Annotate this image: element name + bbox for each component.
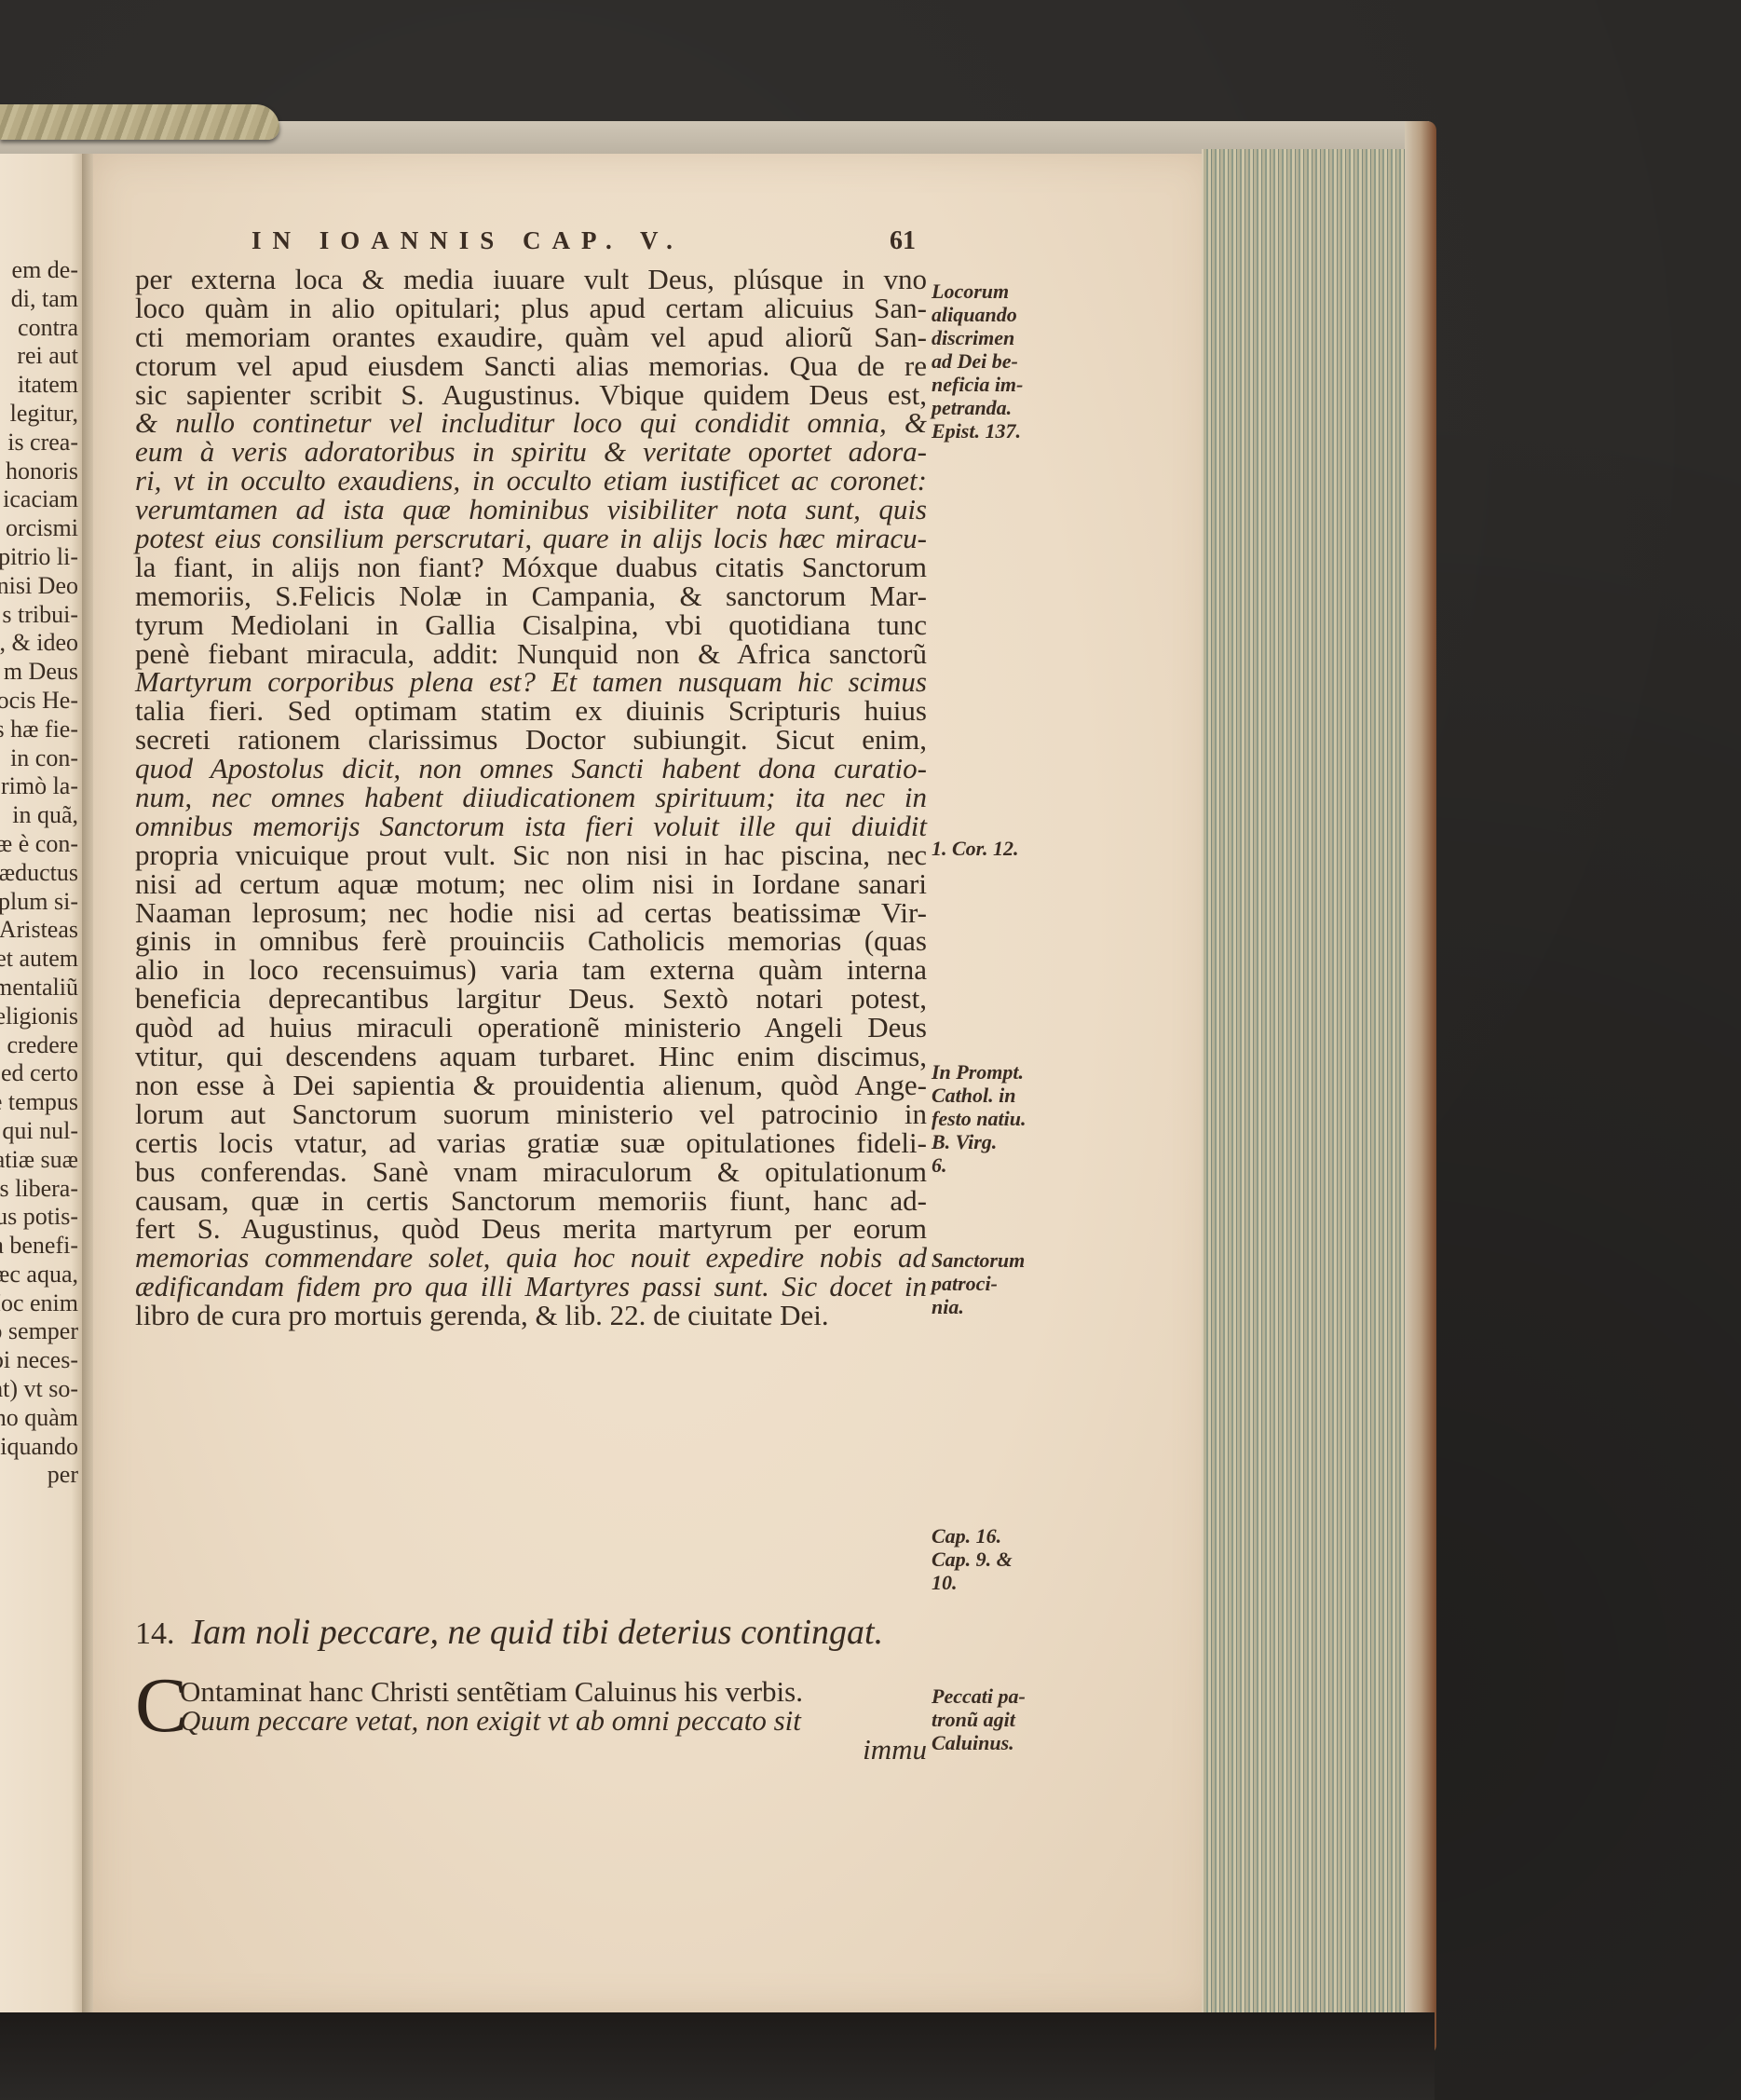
text-line: libro de cura pro mortuis gerenda, & lib…	[135, 1302, 927, 1330]
text-line: Quum peccare vetat, non exigit vt ab omn…	[135, 1706, 927, 1735]
text-line: Naaman leprosum; nec hodie nisi ad certa…	[135, 899, 927, 928]
running-head: IN IOANNIS CAP. V.	[252, 226, 684, 255]
left-page-line: ocis He-	[0, 687, 78, 716]
text-line: ctorum vel apud eiusdem Sancti alias mem…	[135, 352, 927, 381]
margin-note-line: In Prompt.	[932, 1060, 1118, 1084]
margin-note-line: 6.	[932, 1153, 1118, 1177]
left-page-line: contra	[0, 314, 78, 343]
text-line: ædificandam fidem pro qua illi Martyres …	[135, 1273, 927, 1302]
margin-note-line: nia.	[932, 1295, 1118, 1318]
text-line: secreti rationem clarissimus Doctor subi…	[135, 726, 927, 755]
left-page-line: in con-	[0, 744, 78, 773]
text-line: tyrum Mediolani in Gallia Cisalpina, vbi…	[135, 611, 927, 640]
text-line: nisi ad certum aquæ motum; nec olim nisi…	[135, 870, 927, 899]
left-page-text: em de-di, tamcontrarei autitatemlegitur,…	[0, 256, 78, 1490]
left-page-line: e tempus	[0, 1088, 78, 1117]
verse-text: Iam noli peccare, ne quid tibi deterius …	[192, 1613, 884, 1652]
text-line: la fiant, in alijs non fiant? Móxque dua…	[135, 553, 927, 582]
left-page-line: ctus potis-	[0, 1203, 78, 1232]
text-line: causam, quæ in certis Sanctorum memoriis…	[135, 1187, 927, 1216]
text-line: memorias commendare solet, quia hoc noui…	[135, 1244, 927, 1273]
left-page-line: et autem	[0, 945, 78, 974]
margin-note: Locorumaliquandodiscrimenad Dei be-nefic…	[932, 280, 1118, 443]
left-page-line: pitrio li-	[0, 543, 78, 572]
left-page-line: di, tam	[0, 285, 78, 314]
left-page-line: Aristeas	[0, 916, 78, 945]
margin-note-line: neficia im-	[932, 373, 1118, 396]
left-page-line: honoris	[0, 457, 78, 486]
margin-note-line: tronũ agit	[932, 1708, 1118, 1731]
margin-note: In Prompt.Cathol. infesto natiu.B. Virg.…	[932, 1060, 1118, 1177]
margin-note-line: 1. Cor. 12.	[932, 837, 1118, 860]
left-page-line: nisi Deo	[0, 572, 78, 601]
text-line: alio in loco recensuimus) varia tam exte…	[135, 956, 927, 985]
text-line: quòd ad huius miraculi operationẽ minist…	[135, 1014, 927, 1043]
margin-note-line: Epist. 137.	[932, 419, 1118, 443]
left-page-line: æductus	[0, 859, 78, 888]
text-line: certis locis vtatur, ad varias gratiæ su…	[135, 1129, 927, 1158]
left-page-line: æ è con-	[0, 830, 78, 859]
left-page-line: s hæ fie-	[0, 716, 78, 744]
margin-note: Cap. 16.Cap. 9. &10.	[932, 1524, 1118, 1594]
margin-note: Sanctorumpatroci-nia.	[932, 1248, 1118, 1318]
left-page-line: qui nul-	[0, 1117, 78, 1146]
left-page-line: nt) vt so-	[0, 1375, 78, 1404]
left-page-line: eligionis	[0, 1002, 78, 1031]
margin-note: Peccati pa-tronũ agitCaluinus.	[932, 1684, 1118, 1754]
left-page-line: o semper	[0, 1317, 78, 1346]
text-line: memoriis, S.Felicis Nolæ in Campania, & …	[135, 582, 927, 611]
text-line: non esse à Dei sapientia & prouidentia a…	[135, 1071, 927, 1100]
left-page-line: æc aqua,	[0, 1261, 78, 1289]
left-page-line: bi neces-	[0, 1346, 78, 1375]
margin-note: 1. Cor. 12.	[932, 837, 1118, 860]
text-line: potest eius consilium perscrutari, quare…	[135, 525, 927, 553]
margin-note-line: petranda.	[932, 396, 1118, 419]
left-page-line: per	[0, 1461, 78, 1490]
left-page-line: a benefi-	[0, 1232, 78, 1261]
verse-heading: 14.Iam noli peccare, ne quid tibi deteri…	[135, 1612, 927, 1653]
catchword: immu	[135, 1735, 927, 1764]
text-line: ri, vt in occulto exaudiens, in occulto …	[135, 467, 927, 496]
margin-note-line: ad Dei be-	[932, 349, 1118, 373]
text-line: eum à veris adoratoribus in spiritu & ve…	[135, 438, 927, 467]
left-page-line: rimò la-	[0, 772, 78, 801]
text-line: lorum aut Sanctorum suorum ministerio ve…	[135, 1100, 927, 1129]
margin-note-line: 10.	[932, 1571, 1118, 1594]
left-page-line: sed certo	[0, 1059, 78, 1088]
left-page-line: credere	[0, 1031, 78, 1060]
left-page-line: atiæ suæ	[0, 1146, 78, 1175]
text-line: talia fieri. Sed optimam statim ex diuin…	[135, 697, 927, 726]
text-line: per externa loca & media iuuare vult Deu…	[135, 266, 927, 294]
left-page-line: is crea-	[0, 429, 78, 457]
left-page-line: mentaliũ	[0, 974, 78, 1002]
text-line: sic sapienter scribit S. Augustinus. Vbi…	[135, 381, 927, 410]
text-line: penè fiebant miracula, addit: Nunquid no…	[135, 640, 927, 669]
drop-cap: C	[135, 1673, 187, 1739]
left-page-line: legitur,	[0, 400, 78, 429]
margin-note-line: B. Virg.	[932, 1130, 1118, 1153]
left-page-line: m Deus	[0, 658, 78, 687]
left-page-line: s tribui-	[0, 601, 78, 630]
left-page-line: itatem	[0, 371, 78, 400]
main-text-block: per externa loca & media iuuare vult Deu…	[135, 266, 927, 1330]
left-page: em de-di, tamcontrarei autitatemlegitur,…	[0, 154, 84, 2017]
margin-note-line: Peccati pa-	[932, 1684, 1118, 1708]
text-line: num, nec omnes habent diiudicationem spi…	[135, 784, 927, 812]
margin-note-line: Sanctorum	[932, 1248, 1118, 1272]
text-line: loco quàm in alio opitulari; plus apud c…	[135, 294, 927, 323]
text-line: fert S. Augustinus, quòd Deus merita mar…	[135, 1215, 927, 1244]
margin-note-line: discrimen	[932, 326, 1118, 349]
page-fore-edge	[1202, 149, 1408, 2012]
paragraph-commentary: C Ontaminat hanc Christi sentẽtiam Calui…	[135, 1677, 927, 1764]
margin-note-line: patroci-	[932, 1272, 1118, 1295]
text-line: & nullo continetur vel includitur loco q…	[135, 409, 927, 438]
text-line: vtitur, qui descendens aquam turbaret. H…	[135, 1043, 927, 1071]
left-page-line: liquando	[0, 1433, 78, 1462]
left-page-line: t, & ideo	[0, 629, 78, 658]
left-page-line: icaciam	[0, 485, 78, 514]
text-line: quod Apostolus dicit, non omnes Sancti h…	[135, 755, 927, 784]
margin-note-line: Cathol. in	[932, 1084, 1118, 1107]
text-line: Martyrum corporibus plena est? Et tamen …	[135, 668, 927, 697]
margin-note-line: Cap. 9. &	[932, 1548, 1118, 1571]
bookmark-ribbon	[0, 104, 279, 140]
text-line: bus conferendas. Sanè vnam miraculorum &…	[135, 1158, 927, 1187]
left-page-line: is libera-	[0, 1175, 78, 1204]
book-cover-edge	[1405, 121, 1436, 2054]
left-page-line: in quã,	[0, 801, 78, 830]
text-line: propria vnicuique prout vult. Sic non ni…	[135, 841, 927, 870]
text-line: Ontaminat hanc Christi sentẽtiam Caluinu…	[135, 1677, 927, 1706]
text-line: omnibus memorijs Sanctorum ista fieri vo…	[135, 812, 927, 841]
verse-number: 14.	[135, 1616, 175, 1651]
text-line: ginis in omnibus ferè prouinciis Catholi…	[135, 927, 927, 956]
left-page-line: em de-	[0, 256, 78, 285]
margin-note-line: Caluinus.	[932, 1731, 1118, 1754]
margin-note-line: festo natiu.	[932, 1107, 1118, 1130]
margin-note-line: Cap. 16.	[932, 1524, 1118, 1548]
text-line: verumtamen ad ista quæ hominibus visibil…	[135, 496, 927, 525]
left-page-line: orcismi	[0, 514, 78, 543]
margin-note-line: aliquando	[932, 303, 1118, 326]
text-line: beneficia deprecantibus largitur Deus. S…	[135, 985, 927, 1014]
left-page-line: rei aut	[0, 342, 78, 371]
left-page-line: plum si-	[0, 888, 78, 917]
left-page-line: no quàm	[0, 1404, 78, 1433]
text-line: cti memoriam orantes exaudire, quàm vel …	[135, 323, 927, 352]
page-number: 61	[890, 226, 916, 256]
margin-note-line: Locorum	[932, 280, 1118, 303]
left-page-line: Hoc enim	[0, 1289, 78, 1318]
bottom-shadow	[0, 2012, 1435, 2100]
